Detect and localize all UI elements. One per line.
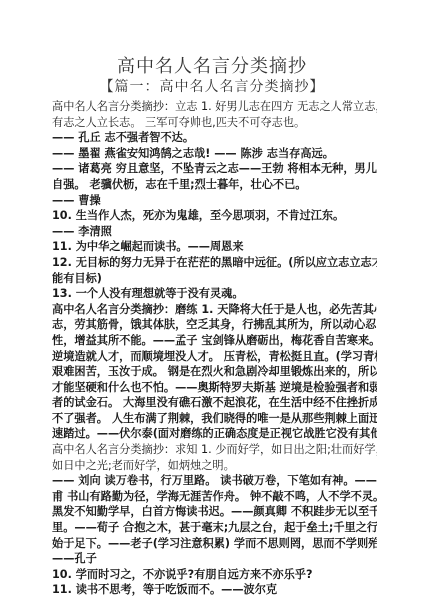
text-line: 才能坚硬和什么也不怕。——奥斯特罗夫斯基 逆境是检验强者和弱 [52, 380, 377, 396]
text-line: 10. 学而时习之，不亦说乎?有朋自远方来不亦乐乎? [52, 567, 377, 583]
text-line: 性，增益其所不能。——孟子 宝剑锋从磨砺出，梅花香自苦寒来。 [52, 333, 377, 349]
text-line: 能有目标) [52, 271, 377, 287]
text-line: 者的试金石。 大海里没有礁石激不起浪花，在生活中经不住挫折成 [52, 395, 377, 411]
text-line: 速踏过。——伏尔泰(面对磨练的正确态度是正视它战胜它没有其他) [52, 426, 377, 442]
text-line: 11. 为中华之崛起而读书。——周恩来 [52, 239, 377, 255]
text-line: 自强。 老骥伏枥，志在千里;烈士暮年，壮心不已。 [52, 177, 377, 193]
text-line: —— 刘向 读万卷书，行万里路。 读书破万卷，下笔如有神。——杜 [52, 473, 377, 489]
text-line: 11. 读书不思考，等于吃饭而不。——波尔克 [52, 582, 377, 598]
text-line: —— 诸葛亮 穷且意坚，不坠青云之志——王勃 将相本无种，男儿当 [52, 161, 377, 177]
text-line: 志，劳其筋骨，饿其体肤，空乏其身，行拂乱其所为，所以动心忍 [52, 317, 377, 333]
text-line: 高中名人名言分类摘抄：求知 1. 少而好学，如日出之阳;壮而好学， [52, 442, 377, 458]
text-line: —— 墨翟 燕雀安知鸿鹄之志哉! —— 陈涉 志当存高远。 [52, 146, 377, 162]
text-line: 艰难困苦，玉汝于成。 钢是在烈火和急剧冷却里锻炼出来的，所以 [52, 364, 377, 380]
text-line: —— 曹操 [52, 193, 377, 209]
text-line: ——孔子 [52, 551, 377, 567]
text-line: 不了强者。 人生布满了荆棘，我们晓得的唯一是从那些荆棘上面迅 [52, 411, 377, 427]
text-line: 高中名人名言分类摘抄：磨练 1. 天降将大任于是人也，必先苦其心 [52, 302, 377, 318]
page-title: 高中名人名言分类摘抄 [0, 52, 424, 78]
text-line: —— 李清照 [52, 224, 377, 240]
text-line: 逆境造就人才，而顺境埋没人才。 压青松，青松挺且直。(学习青松) [52, 349, 377, 365]
text-line: 13. 一个人没有理想就等于没有灵魂。 [52, 286, 377, 302]
text-line: 如日中之光;老而好学，如炳烛之明。 [52, 458, 377, 474]
page-subtitle: 【篇一：高中名人名言分类摘抄】 [0, 76, 424, 96]
text-line: 黑发不知勤学早，白首方悔读书迟。——颜真卿 不积跬步无以至千 [52, 504, 377, 520]
text-line: 里。——荀子 合抱之木，甚于毫末;九层之台，起于垒土;千里之行， [52, 520, 377, 536]
text-line: 有志之人立长志。 三军可夺帅也,匹夫不可夺志也。 [52, 115, 377, 131]
text-line: 10. 生当作人杰，死亦为鬼雄，至今思项羽，不肯过江东。 [52, 208, 377, 224]
text-line: 甫 书山有路勤为径，学海无涯苦作舟。 钟不敲不鸣，人不学不灵。 [52, 489, 377, 505]
text-line: —— 孔丘 志不强者智不达。 [52, 130, 377, 146]
text-line: 始于足下。——老子(学习注意积累) 学而不思则罔，思而不学则殆。 [52, 536, 377, 552]
document-page: 高中名人名言分类摘抄 【篇一：高中名人名言分类摘抄】 高中名人名言分类摘抄：立志… [0, 0, 424, 600]
text-line: 12. 无目标的努力无异于在茫茫的黑暗中远征。(所以应立志立志才 [52, 255, 377, 271]
text-line: 高中名人名言分类摘抄：立志 1. 好男儿志在四方 无志之人常立志， [52, 99, 377, 115]
document-body: 高中名人名言分类摘抄：立志 1. 好男儿志在四方 无志之人常立志，有志之人立长志… [52, 99, 377, 598]
